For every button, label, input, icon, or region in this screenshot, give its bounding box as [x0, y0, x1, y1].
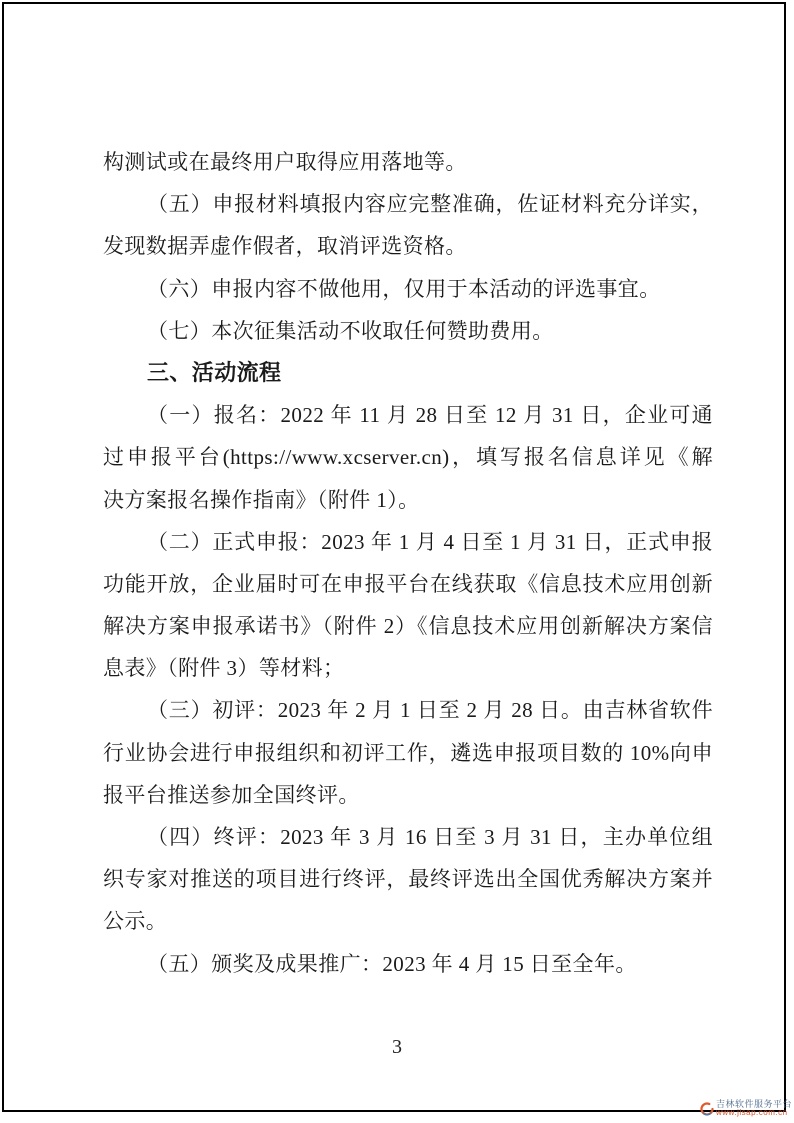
text-line: （五）申报材料填报内容应完整准确，佐证材料充分详实， [103, 183, 713, 225]
text-line: 息表》（附件 3）等材料； [103, 647, 713, 689]
text-line: （三）初评：2023 年 2 月 1 日至 2 月 28 日。由吉林省软件 [103, 689, 713, 731]
text-line: 报平台推送参加全国终评。 [103, 774, 713, 816]
watermark-logo-icon [700, 1102, 714, 1116]
text-line: 决方案报名操作指南》（附件 1）。 [103, 479, 713, 521]
section-heading: 三、活动流程 [103, 352, 713, 394]
text-line: （一）报名：2022 年 11 月 28 日至 12 月 31 日，企业可通 [103, 394, 713, 436]
text-line: 过申报平台(https://www.xcserver.cn)，填写报名信息详见《… [103, 436, 713, 478]
watermark-text: 吉林软件服务平台 www.jlsap.com.cn [716, 1100, 792, 1117]
text-line: 构测试或在最终用户取得应用落地等。 [103, 141, 713, 183]
text-line: 解决方案申报承诺书》（附件 2）《信息技术应用创新解决方案信 [103, 605, 713, 647]
watermark-site-url: www.jlsap.com.cn [716, 1109, 792, 1117]
page-number: 3 [0, 1036, 794, 1059]
text-line: 织专家对推送的项目进行终评，最终评选出全国优秀解决方案并 [103, 858, 713, 900]
text-line: （六）申报内容不做他用，仅用于本活动的评选事宜。 [103, 268, 713, 310]
text-line: 公示。 [103, 900, 713, 942]
document-body: 构测试或在最终用户取得应用落地等。 （五）申报材料填报内容应完整准确，佐证材料充… [103, 141, 713, 985]
text-line: （二）正式申报：2023 年 1 月 4 日至 1 月 31 日，正式申报 [103, 521, 713, 563]
document-page: 构测试或在最终用户取得应用落地等。 （五）申报材料填报内容应完整准确，佐证材料充… [0, 0, 794, 1123]
text-line: 发现数据弄虚作假者，取消评选资格。 [103, 225, 713, 267]
text-line: 行业协会进行申报组织和初评工作，遴选申报项目数的 10%向申 [103, 732, 713, 774]
site-watermark: 吉林软件服务平台 www.jlsap.com.cn [700, 1100, 792, 1117]
text-line: （四）终评：2023 年 3 月 16 日至 3 月 31 日，主办单位组 [103, 816, 713, 858]
text-line: 功能开放，企业届时可在申报平台在线获取《信息技术应用创新 [103, 563, 713, 605]
text-line: （五）颁奖及成果推广：2023 年 4 月 15 日至全年。 [103, 943, 713, 985]
text-line: （七）本次征集活动不收取任何赞助费用。 [103, 310, 713, 352]
